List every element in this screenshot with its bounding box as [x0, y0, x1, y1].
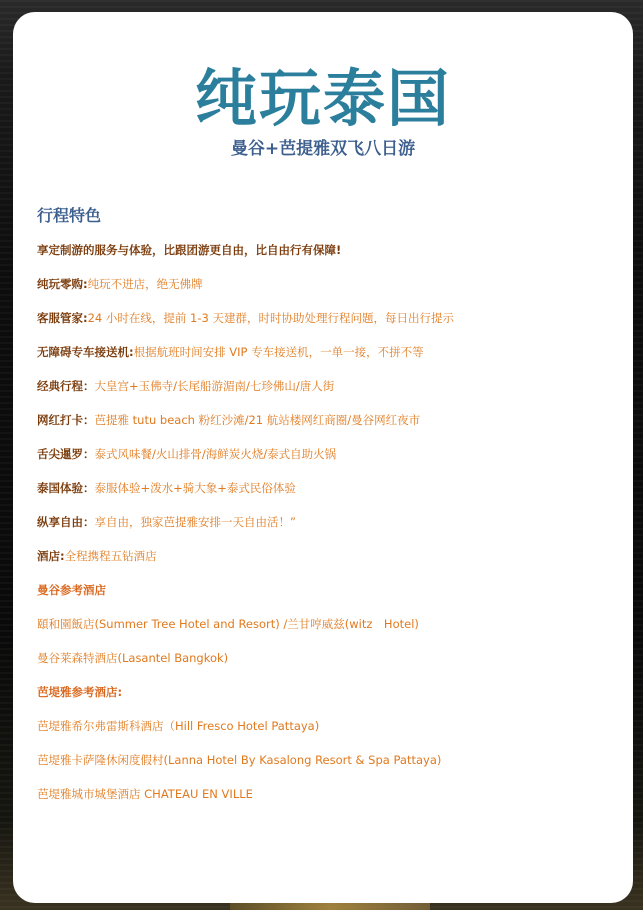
feature-item: 网红打卡：芭提雅 tutu beach 粉红沙滩/21 航站楼网红商圈/曼谷网红…: [37, 411, 617, 445]
feature-label: 酒店:: [37, 549, 65, 563]
itinerary-card: 纯玩泰国 曼谷+芭提雅双飞八日游 行程特色 享定制游的服务与体验，比跟团游更自由…: [13, 12, 633, 903]
feature-value: 大皇宫+玉佛寺/长尾船游湄南/七珍佛山/唐人街: [95, 379, 335, 393]
hotel-name: 芭堤雅城市城堡酒店 CHATEAU EN VILLE: [37, 787, 253, 801]
feature-label: 网红打卡：: [37, 413, 95, 427]
hotel-item: 曼谷莱森特酒店(Lasantel Bangkok): [37, 649, 617, 683]
hotel-item: 頤和園飯店(Summer Tree Hotel and Resort) /兰甘哼…: [37, 615, 617, 649]
feature-label: 无障碍专车接送机:: [37, 345, 134, 359]
feature-value: 芭提雅 tutu beach 粉红沙滩/21 航站楼网红商圈/曼谷网红夜市: [95, 413, 421, 427]
feature-label: 纯玩零购:: [37, 277, 88, 291]
feature-label: 泰国体验：: [37, 481, 95, 495]
feature-item: 泰国体验：泰服体验+泼水+骑大象+泰式民俗体验: [37, 479, 617, 513]
hotel-item: 芭堤雅城市城堡酒店 CHATEAU EN VILLE: [37, 785, 617, 819]
feature-item: 纵享自由：享自由，独家芭提雅安排一天自由活！”: [37, 513, 617, 547]
feature-item: 无障碍专车接送机:根据航班时间安排 VIP 专车接送机，一单一接，不拼不等: [37, 343, 617, 377]
feature-item: 客服管家:24 小时在线，提前 1-3 天建群，时时协助处理行程问题，每日出行提…: [37, 309, 617, 343]
feature-value: 享自由，独家芭提雅安排一天自由活！”: [95, 515, 296, 529]
feature-item: 纯玩零购:纯玩不进店，绝无佛牌: [37, 275, 617, 309]
feature-value: 纯玩不进店，绝无佛牌: [88, 277, 203, 291]
feature-item: 经典行程：大皇宫+玉佛寺/长尾船游湄南/七珍佛山/唐人街: [37, 377, 617, 411]
hotel-name: 芭堤雅卡萨隆休闲度假村(Lanna Hotel By Kasalong Reso…: [37, 753, 441, 767]
features-heading: 行程特色: [37, 205, 101, 227]
feature-value: 泰服体验+泼水+骑大象+泰式民俗体验: [95, 481, 296, 495]
feature-value: 根据航班时间安排 VIP 专车接送机，一单一接，不拼不等: [134, 345, 424, 359]
feature-label: 客服管家:: [37, 311, 88, 325]
hotel-item: 芭堤雅希尔弗雷斯科酒店（Hill Fresco Hotel Pattaya): [37, 717, 617, 751]
bangkok-hotels-heading: 曼谷参考酒店: [37, 583, 106, 597]
hotel-item: 芭堤雅卡萨隆休闲度假村(Lanna Hotel By Kasalong Reso…: [37, 751, 617, 785]
pattaya-hotels-heading: 芭堤雅参考酒店:: [37, 685, 122, 699]
feature-label: 经典行程：: [37, 379, 95, 393]
hotel-name: 芭堤雅希尔弗雷斯科酒店（Hill Fresco Hotel Pattaya): [37, 719, 319, 733]
feature-item: 酒店:全程携程五钻酒店: [37, 547, 617, 581]
hotel-name: 頤和園飯店(Summer Tree Hotel and Resort) /兰甘哼…: [37, 617, 419, 631]
feature-label: 纵享自由：: [37, 515, 95, 529]
feature-label: 舌尖暹罗：: [37, 447, 95, 461]
features-lead: 享定制游的服务与体验，比跟团游更自由，比自由行有保障!: [37, 241, 617, 275]
lead-text: 享定制游的服务与体验，比跟团游更自由，比自由行有保障!: [37, 243, 341, 257]
page-title: 纯玩泰国: [13, 64, 633, 134]
page-subtitle: 曼谷+芭提雅双飞八日游: [13, 138, 633, 160]
hotel-name: 曼谷莱森特酒店(Lasantel Bangkok): [37, 651, 228, 665]
feature-value: 泰式风味餐/火山排骨/海鲜炭火烧/泰式自助火锅: [95, 447, 337, 461]
feature-item: 舌尖暹罗：泰式风味餐/火山排骨/海鲜炭火烧/泰式自助火锅: [37, 445, 617, 479]
bangkok-hotels-heading-row: 曼谷参考酒店: [37, 581, 617, 615]
feature-value: 24 小时在线，提前 1-3 天建群，时时协助处理行程问题，每日出行提示: [88, 311, 454, 325]
pattaya-hotels-heading-row: 芭堤雅参考酒店:: [37, 683, 617, 717]
features-list: 享定制游的服务与体验，比跟团游更自由，比自由行有保障! 纯玩零购:纯玩不进店，绝…: [37, 241, 617, 819]
feature-value: 全程携程五钻酒店: [65, 549, 157, 563]
